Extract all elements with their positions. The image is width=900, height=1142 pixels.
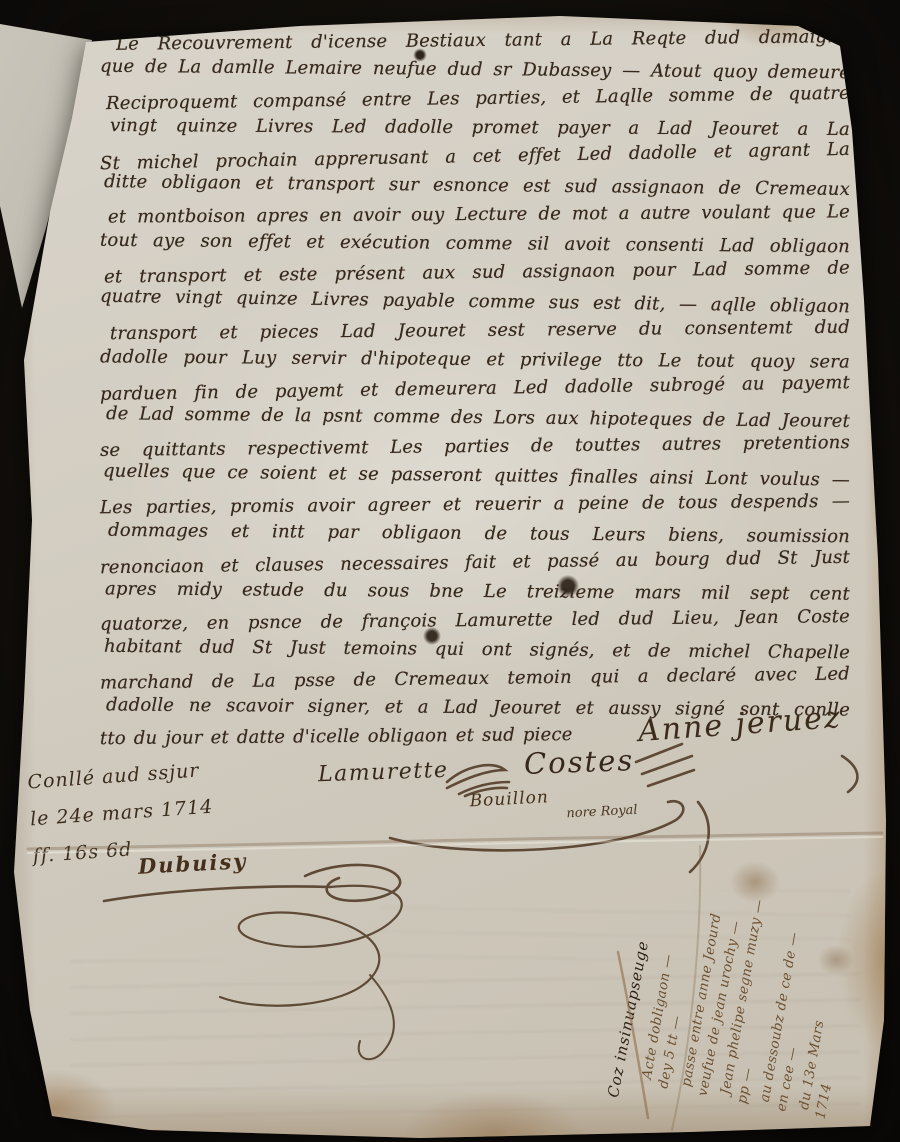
signature-controller: Dubuisy	[137, 849, 248, 879]
signature-notary: Bouillon nore Royal	[469, 784, 638, 827]
paraphe-dubuisy-underline	[104, 887, 330, 901]
manuscript-body: Le Recouvrement d'icense Bestiaux tant a…	[100, 26, 850, 751]
paraphe-anne	[842, 756, 857, 792]
signature-lamurette: Lamurette	[318, 758, 449, 789]
paper-wrap: Le Recouvrement d'icense Bestiaux tant a…	[0, 0, 900, 1142]
signature-costes: Costes	[523, 744, 634, 780]
manuscript-line: tto du jour et datte d'icelle obligaon e…	[100, 720, 595, 753]
manuscript-photograph: Le Recouvrement d'icense Bestiaux tant a…	[0, 0, 900, 1142]
manuscript-paper: Le Recouvrement d'icense Bestiaux tant a…	[0, 0, 900, 1142]
